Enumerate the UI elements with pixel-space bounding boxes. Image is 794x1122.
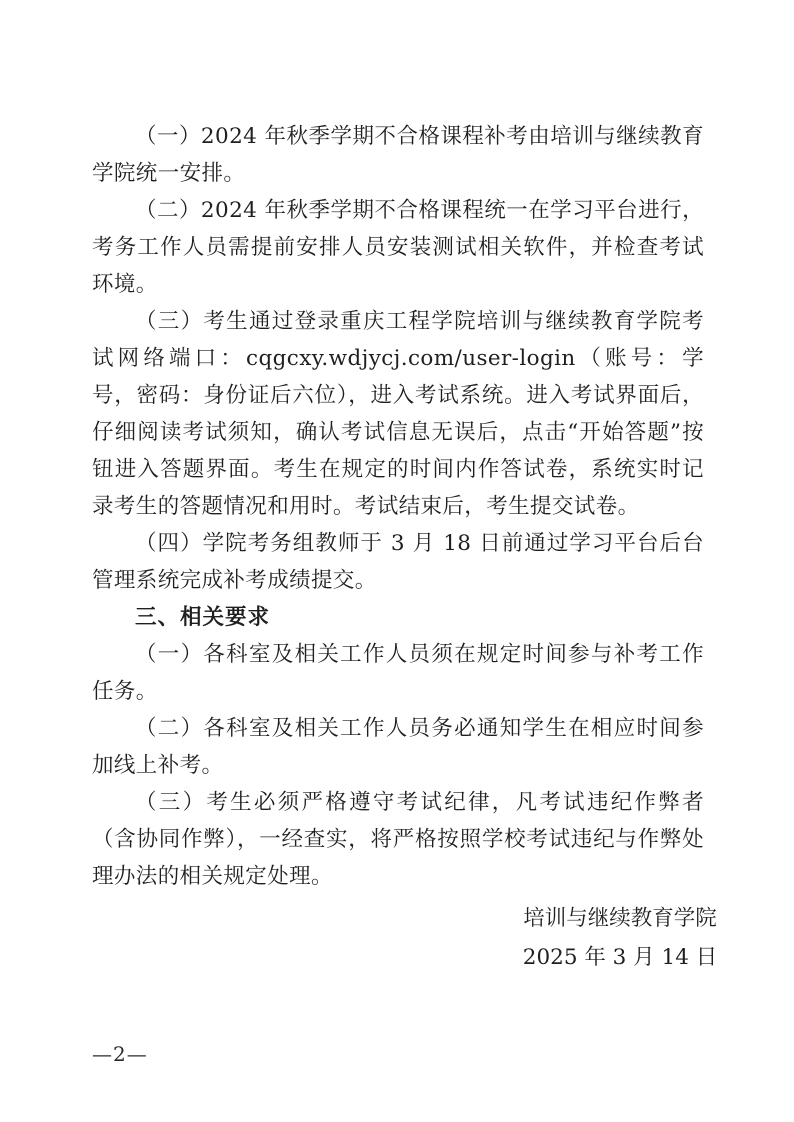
section-heading-requirements: 三、相关要求	[92, 599, 704, 636]
document-page: （一）2024 年秋季学期不合格课程补考由培训与继续教育学院统一安排。 （二）2…	[0, 0, 794, 1122]
paragraph-1: （一）2024 年秋季学期不合格课程补考由培训与继续教育学院统一安排。	[92, 118, 704, 192]
paragraph-7: （三）考生必须严格遵守考试纪律，凡考试违纪作弊者（含协同作弊），一经查实，将严格…	[92, 784, 704, 895]
signature-block: 培训与继续教育学院 2025 年 3 月 14 日	[500, 899, 740, 977]
paragraph-4: （四）学院考务组教师于 3 月 18 日前通过学习平台后台管理系统完成补考成绩提…	[92, 525, 704, 599]
signature-date: 2025 年 3 月 14 日	[500, 938, 740, 977]
document-body: （一）2024 年秋季学期不合格课程补考由培训与继续教育学院统一安排。 （二）2…	[92, 118, 704, 895]
paragraph-5: （一）各科室及相关工作人员须在规定时间参与补考工作任务。	[92, 636, 704, 710]
paragraph-2: （二）2024 年秋季学期不合格课程统一在学习平台进行，考务工作人员需提前安排人…	[92, 192, 704, 303]
paragraph-6: （二）各科室及相关工作人员务必通知学生在相应时间参加线上补考。	[92, 710, 704, 784]
paragraph-3: （三）考生通过登录重庆工程学院培训与继续教育学院考试网络端口：cqgcxy.wd…	[92, 303, 704, 525]
page-number: —2—	[92, 1042, 148, 1066]
signature-organization: 培训与继续教育学院	[500, 899, 740, 938]
